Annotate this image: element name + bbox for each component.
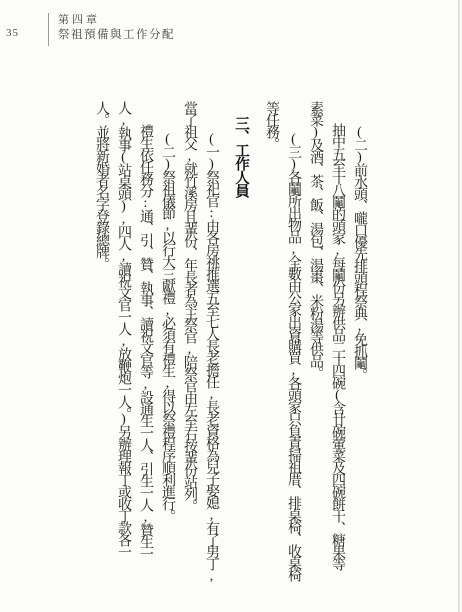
text-column: 人。並將新婚者名字登錄總牌。: [90, 101, 112, 269]
page-number: 35: [6, 27, 19, 39]
text-column-item-1: (一)祭祀官:由各房祧推選五至七人長老擔任,長老資格為兒子娶媳,有了男丁,: [200, 132, 222, 582]
section-heading: 三、工作人員: [230, 116, 252, 197]
text-column: 禮生依任務分:通、引、贊、執事、讀祝文官等,設通生一人、引生一人,贊生一: [134, 124, 156, 559]
text-column: 素菜)及酒、茶、飯、湯包、湯棗、米粉湯等供品。: [304, 101, 326, 378]
text-column-item-2: (二)前水頭、嚨口優先排頭程祭典,免抓鬮。: [348, 125, 370, 380]
text-column-item-3: (三)各鬮所出物品,全數由公家出資購買,各頭家只負責掃祖厝、排桌椅、收桌椅: [282, 132, 304, 580]
chapter-title: 祭祖預備與工作分配: [58, 26, 175, 42]
header-divider: [48, 13, 49, 46]
text-column: 等任務。: [260, 101, 282, 149]
text-column: 人,執事(站桌頭),四人,讀祝文官一人,放鞭炮一人。)另辦理報丁或收丁款各一: [112, 101, 134, 557]
book-page: 35 第四章 祭祖預備與工作分配 (二)前水頭、嚨口優先排頭程祭典,免抓鬮。 抽…: [0, 0, 462, 612]
chapter-label: 第四章: [58, 11, 100, 27]
page-edge-shadow: [458, 0, 460, 612]
text-column: 當了祖父,就竹溪房且輩份、年長者為主祭官,陪祭官由左至右按輩份站列。: [178, 101, 200, 511]
text-column: 抽中五至十八鬮的頭家,每鬮份另辦供品二十四碗(含廿碗葷菜及四碗餅干、糖果等: [326, 123, 348, 569]
text-column-item-2b: (二)祭祖儀節,以行大三獻禮,必須有禮生,得以祭禮程序順利進行。: [156, 132, 178, 521]
